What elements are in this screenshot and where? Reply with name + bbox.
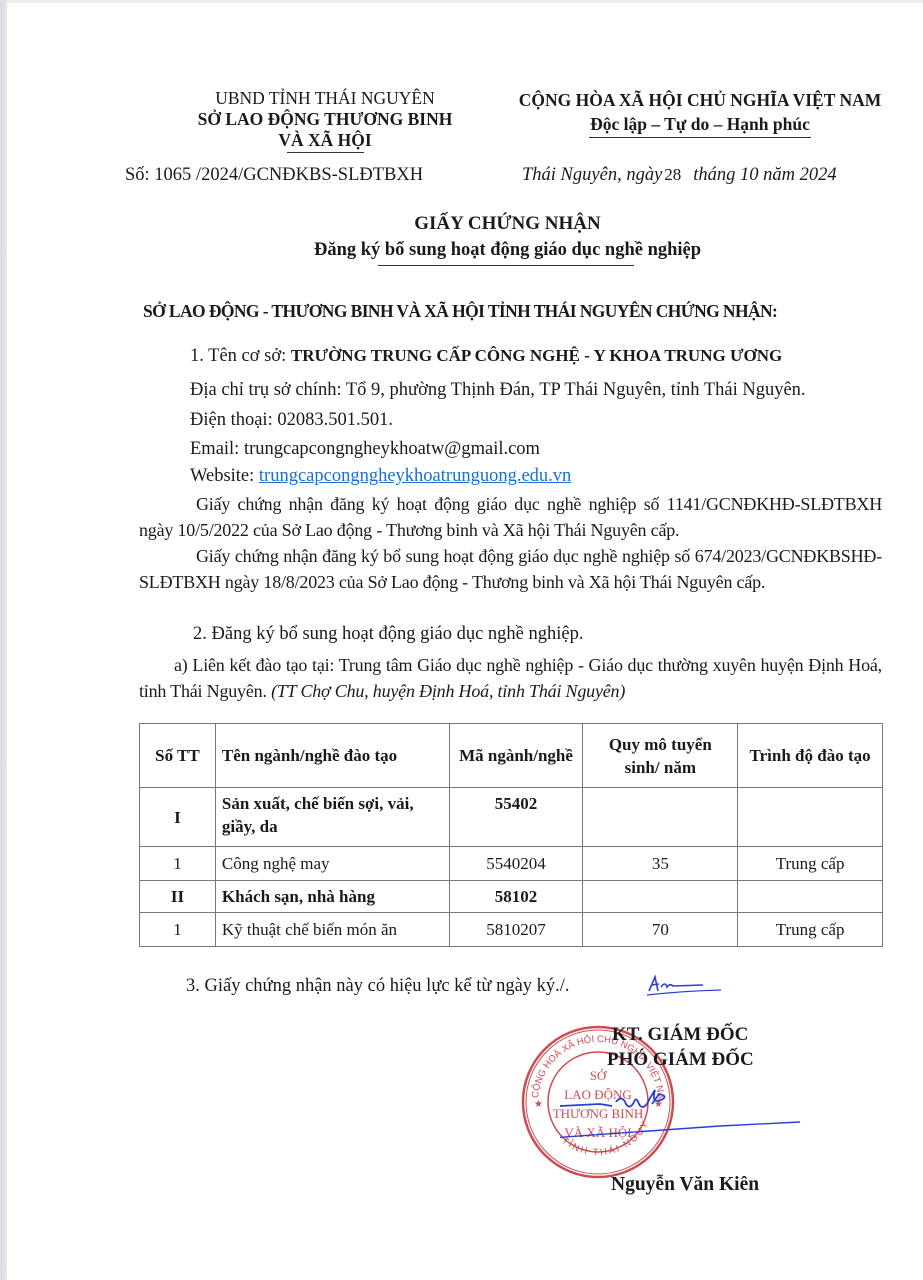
cell-no: 1	[140, 913, 216, 947]
date-prefix: Thái Nguyên, ngày	[522, 165, 662, 185]
cell-level	[738, 881, 883, 913]
cell-no: 1	[140, 847, 216, 881]
cell-no: II	[140, 881, 216, 913]
institution-name-label: 1. Tên cơ sở:	[190, 346, 291, 366]
document-title: GIẤY CHỨNG NHẬN	[0, 213, 923, 235]
programs-table: Số TT Tên ngành/nghề đào tạo Mã ngành/ng…	[139, 723, 883, 947]
issuer-line-2: SỞ LAO ĐỘNG THƯƠNG BINH	[140, 109, 510, 130]
document-date: Thái Nguyên, ngày28tháng 10 năm 2024	[522, 165, 837, 186]
cell-name: Công nghệ may	[215, 847, 449, 881]
cell-level	[738, 788, 883, 847]
section-3-validity: 3. Giấy chứng nhận này có hiệu lực kể từ…	[186, 976, 570, 997]
signature-title-2: PHÓ GIÁM ĐỐC	[607, 1049, 754, 1071]
date-day: 28	[664, 165, 681, 184]
cell-name: Kỹ thuật chế biến món ăn	[215, 913, 449, 947]
institution-email: Email: trungcapcongngheykhoatw@gmail.com	[190, 439, 540, 460]
institution-phone: Điện thoại: 02083.501.501.	[190, 410, 393, 431]
svg-text:★: ★	[534, 1099, 543, 1110]
institution-address: Địa chỉ trụ sở chính: Tổ 9, phường Thịnh…	[190, 380, 806, 401]
cell-quota	[583, 881, 738, 913]
signature-title-1: KT. GIÁM ĐỐC	[612, 1024, 748, 1046]
document-subtitle: Đăng ký bổ sung hoạt động giáo dục nghề …	[0, 240, 923, 261]
header-name: Tên ngành/nghề đào tạo	[215, 724, 449, 788]
motto-underline	[589, 137, 811, 138]
handwritten-signature-icon	[560, 1080, 810, 1150]
cell-level: Trung cấp	[738, 847, 883, 881]
signer-name: Nguyễn Văn Kiên	[611, 1174, 759, 1196]
issuer-line-3: VÀ XÃ HỘI	[140, 130, 510, 151]
table-row: 1Kỹ thuật chế biến món ăn581020770Trung …	[140, 913, 883, 947]
issuer-underline	[287, 152, 364, 153]
website-link[interactable]: trungcapcongngheykhoatrunguong.edu.vn	[259, 466, 571, 486]
issuer-line-1: UBND TỈNH THÁI NGUYÊN	[140, 88, 510, 109]
institution-website: Website: trungcapcongngheykhoatrunguong.…	[190, 466, 571, 487]
cell-code: 55402	[449, 788, 583, 847]
header-code: Mã ngành/nghề	[449, 724, 583, 788]
institution-name-value: TRƯỜNG TRUNG CẤP CÔNG NGHỆ - Y KHOA TRUN…	[291, 346, 782, 365]
page-edge-shadow	[0, 0, 7, 1280]
header-no: Số TT	[140, 724, 216, 788]
certifier-statement: SỞ LAO ĐỘNG - THƯƠNG BINH VÀ XÃ HỘI TỈNH…	[143, 301, 777, 322]
cell-name: Khách sạn, nhà hàng	[215, 881, 449, 913]
initial-mark-icon	[643, 973, 723, 999]
cell-code: 58102	[449, 881, 583, 913]
cell-quota	[583, 788, 738, 847]
cell-quota: 70	[583, 913, 738, 947]
cell-level: Trung cấp	[738, 913, 883, 947]
table-row: 1Công nghệ may554020435Trung cấp	[140, 847, 883, 881]
header-level: Trình độ đào tạo	[738, 724, 883, 788]
nation-name: CỘNG HÒA XÃ HỘI CHỦ NGHĨA VIỆT NAM	[495, 88, 905, 112]
training-partner-note: (TT Chợ Chu, huyện Định Hoá, tỉnh Thái N…	[271, 681, 625, 701]
table-group-row: IIKhách sạn, nhà hàng58102	[140, 881, 883, 913]
cell-quota: 35	[583, 847, 738, 881]
page-edge-top	[7, 0, 923, 3]
section-2-heading: 2. Đăng ký bổ sung hoạt động giáo dục ng…	[193, 624, 584, 645]
website-label: Website:	[190, 466, 259, 486]
training-partner: a) Liên kết đào tạo tại: Trung tâm Giáo …	[139, 652, 882, 704]
nation-header: CỘNG HÒA XÃ HỘI CHỦ NGHĨA VIỆT NAM Độc l…	[495, 88, 905, 138]
cell-code: 5810207	[449, 913, 583, 947]
table-header-row: Số TT Tên ngành/nghề đào tạo Mã ngành/ng…	[140, 724, 883, 788]
table-group-row: ISản xuất, chế biến sợi, vải, giầy, da55…	[140, 788, 883, 847]
header-quota: Quy mô tuyển sinh/ năm	[583, 724, 738, 788]
institution-name: 1. Tên cơ sở: TRƯỜNG TRUNG CẤP CÔNG NGHỆ…	[190, 346, 782, 367]
document-number: Số: 1065 /2024/GCNĐKBS-SLĐTBXH	[125, 165, 423, 186]
prior-certificate-2: Giấy chứng nhận đăng ký bổ sung hoạt độn…	[139, 543, 882, 595]
cell-no: I	[140, 788, 216, 847]
cell-name: Sản xuất, chế biến sợi, vải, giầy, da	[215, 788, 449, 847]
nation-motto: Độc lập – Tự do – Hạnh phúc	[495, 112, 905, 136]
date-suffix: tháng 10 năm 2024	[693, 165, 836, 185]
issuer-header: UBND TỈNH THÁI NGUYÊN SỞ LAO ĐỘNG THƯƠNG…	[140, 88, 510, 153]
prior-certificate-1: Giấy chứng nhận đăng ký hoạt động giáo d…	[139, 491, 882, 543]
subtitle-underline	[378, 265, 634, 266]
cell-code: 5540204	[449, 847, 583, 881]
